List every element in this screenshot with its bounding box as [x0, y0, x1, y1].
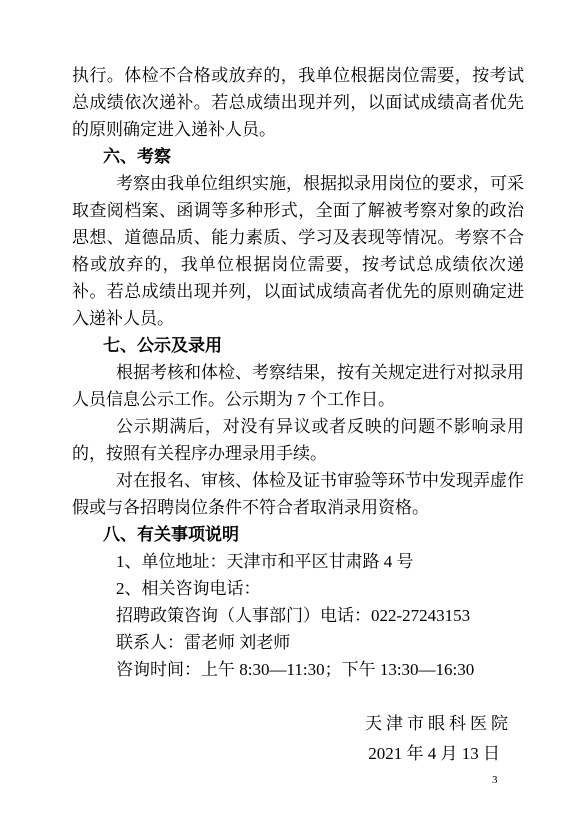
section-heading-notes: 八、有关事项说明: [72, 521, 524, 548]
item-phone-label: 2、相关咨询电话：: [72, 575, 524, 602]
section-heading-inspection: 六、考察: [72, 143, 524, 170]
signature-date: 2021 年 4 月 13 日: [72, 740, 500, 767]
item-address: 1、单位地址：天津市和平区甘肃路 4 号: [72, 548, 524, 575]
paragraph-publicity-1: 根据考核和体检、考察结果，按有关规定进行对拟录用人员信息公示工作。公示期为 7 …: [72, 359, 524, 413]
document-page: 执行。体检不合格或放弃的，我单位根据岗位需要，按考试总成绩依次递补。若总成绩出现…: [0, 0, 586, 827]
paragraph-publicity-3: 对在报名、审核、体检及证书审验等环节中发现弄虚作假或与各招聘岗位条件不符合者取消…: [72, 467, 524, 521]
item-office-hours: 咨询时间：上午 8:30—11:30；下午 13:30—16:30: [72, 656, 524, 683]
paragraph-publicity-2: 公示期满后，对没有异议或者反映的问题不影响录用的，按照有关程序办理录用手续。: [72, 413, 524, 467]
item-contacts: 联系人：雷老师 刘老师: [72, 629, 524, 656]
page-number: 3: [492, 773, 498, 787]
signature-organization: 天津市眼科医院: [72, 710, 512, 737]
item-policy-phone: 招聘政策咨询（人事部门）电话：022-27243153: [72, 602, 524, 629]
paragraph-inspection: 考察由我单位组织实施，根据拟录用岗位的要求，可采取查阅档案、函调等多种形式，全面…: [72, 170, 524, 332]
blank-line: [72, 683, 524, 710]
section-heading-publicity-employment: 七、公示及录用: [72, 332, 524, 359]
document-body: 执行。体检不合格或放弃的，我单位根据岗位需要，按考试总成绩依次递补。若总成绩出现…: [72, 62, 524, 767]
paragraph-continuation: 执行。体检不合格或放弃的，我单位根据岗位需要，按考试总成绩依次递补。若总成绩出现…: [72, 62, 524, 143]
